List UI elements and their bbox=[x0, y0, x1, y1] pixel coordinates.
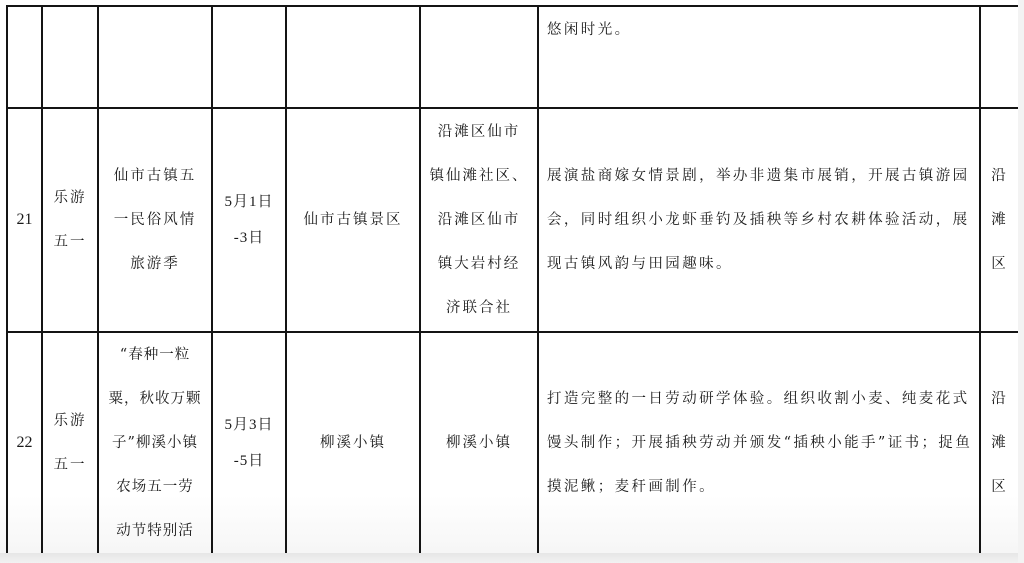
date-line: -5日 bbox=[213, 443, 285, 479]
cell-category: 乐游 五一 bbox=[42, 332, 98, 554]
name-line: 动节特别活 bbox=[99, 509, 211, 553]
row-number: 21 bbox=[17, 211, 33, 228]
name-line: 仙市古镇五 bbox=[99, 154, 211, 198]
cell-index: 22 bbox=[7, 332, 42, 554]
cell-name: “春种一粒 粟，秋收万颗 子”柳溪小镇 农场五一劳 动节特别活 bbox=[98, 332, 212, 554]
description-line: 展演盐商嫁女情景剧，举办非遗集市展销，开展古镇游园 bbox=[547, 154, 971, 198]
cell-index: 21 bbox=[7, 108, 42, 332]
description-line: 馒头制作；开展插秧劳动并颁发“插秧小能手”证书；捉鱼 bbox=[547, 421, 971, 465]
district-char: 沿 bbox=[981, 377, 1018, 421]
organizer-line: 沿滩区仙市 bbox=[421, 198, 537, 242]
cell-date: 5月1日 -3日 bbox=[212, 108, 286, 332]
name-line: 农场五一劳 bbox=[99, 465, 211, 509]
date-line: -3日 bbox=[213, 220, 285, 256]
name-line: 一民俗风情 bbox=[99, 198, 211, 242]
page-right-edge bbox=[1018, 0, 1024, 563]
cell-category bbox=[42, 6, 98, 108]
organizer-line: 沿滩区仙市 bbox=[421, 110, 537, 154]
activity-table: 悠闲时光。 21 乐游 五一 仙市古镇五 一民俗风情 旅游季 5月1日 -3日 … bbox=[6, 5, 1020, 555]
venue-text: 仙市古镇景区 bbox=[287, 201, 419, 239]
organizer-text: 柳溪小镇 bbox=[421, 424, 537, 462]
category-line: 乐游 bbox=[43, 176, 97, 220]
description-line: 会，同时组织小龙虾垂钓及插秧等乡村农耕体验活动，展 bbox=[547, 198, 971, 242]
name-line: 粟，秋收万颗 bbox=[99, 377, 211, 421]
cell-organizer bbox=[420, 6, 538, 108]
cell-description: 悠闲时光。 bbox=[538, 6, 980, 108]
name-line: 子”柳溪小镇 bbox=[99, 421, 211, 465]
organizer-line: 镇大岩村经 bbox=[421, 242, 537, 286]
date-line: 5月1日 bbox=[213, 184, 285, 220]
description-line: 摸泥鳅；麦秆画制作。 bbox=[547, 465, 971, 509]
table-row: 22 乐游 五一 “春种一粒 粟，秋收万颗 子”柳溪小镇 农场五一劳 动节特别活… bbox=[7, 332, 1019, 554]
description-line: 悠闲时光。 bbox=[547, 11, 971, 49]
organizer-line: 镇仙滩社区、 bbox=[421, 154, 537, 198]
cell-description: 打造完整的一日劳动研学体验。组织收割小麦、纯麦花式 馒头制作；开展插秧劳动并颁发… bbox=[538, 332, 980, 554]
category-line: 五一 bbox=[43, 220, 97, 264]
venue-text: 柳溪小镇 bbox=[287, 424, 419, 462]
cell-category: 乐游 五一 bbox=[42, 108, 98, 332]
cell-description: 展演盐商嫁女情景剧，举办非遗集市展销，开展古镇游园 会，同时组织小龙虾垂钓及插秧… bbox=[538, 108, 980, 332]
organizer-line: 济联合社 bbox=[421, 286, 537, 330]
cell-district: 沿 滩 区 bbox=[980, 332, 1019, 554]
district-char: 滩 bbox=[981, 198, 1018, 242]
cell-index bbox=[7, 6, 42, 108]
cell-date bbox=[212, 6, 286, 108]
cell-venue bbox=[286, 6, 420, 108]
cell-name: 仙市古镇五 一民俗风情 旅游季 bbox=[98, 108, 212, 332]
cell-date: 5月3日 -5日 bbox=[212, 332, 286, 554]
district-char: 沿 bbox=[981, 154, 1018, 198]
name-line: “春种一粒 bbox=[99, 333, 211, 377]
cell-venue: 柳溪小镇 bbox=[286, 332, 420, 554]
cell-organizer: 柳溪小镇 bbox=[420, 332, 538, 554]
cell-district: 沿 滩 区 bbox=[980, 108, 1019, 332]
category-line: 乐游 bbox=[43, 399, 97, 443]
row-number: 22 bbox=[17, 434, 33, 451]
cell-organizer: 沿滩区仙市 镇仙滩社区、 沿滩区仙市 镇大岩村经 济联合社 bbox=[420, 108, 538, 332]
table-row: 21 乐游 五一 仙市古镇五 一民俗风情 旅游季 5月1日 -3日 仙市古镇景区… bbox=[7, 108, 1019, 332]
name-line: 旅游季 bbox=[99, 242, 211, 286]
category-line: 五一 bbox=[43, 443, 97, 487]
table-row-continued: 悠闲时光。 bbox=[7, 6, 1019, 108]
date-line: 5月3日 bbox=[213, 407, 285, 443]
district-char: 区 bbox=[981, 465, 1018, 509]
page-bottom-edge bbox=[0, 553, 1024, 563]
cell-district bbox=[980, 6, 1019, 108]
district-char: 区 bbox=[981, 242, 1018, 286]
description-line: 现古镇风韵与田园趣味。 bbox=[547, 242, 971, 286]
cell-name bbox=[98, 6, 212, 108]
description-line: 打造完整的一日劳动研学体验。组织收割小麦、纯麦花式 bbox=[547, 377, 971, 421]
district-char: 滩 bbox=[981, 421, 1018, 465]
cell-venue: 仙市古镇景区 bbox=[286, 108, 420, 332]
